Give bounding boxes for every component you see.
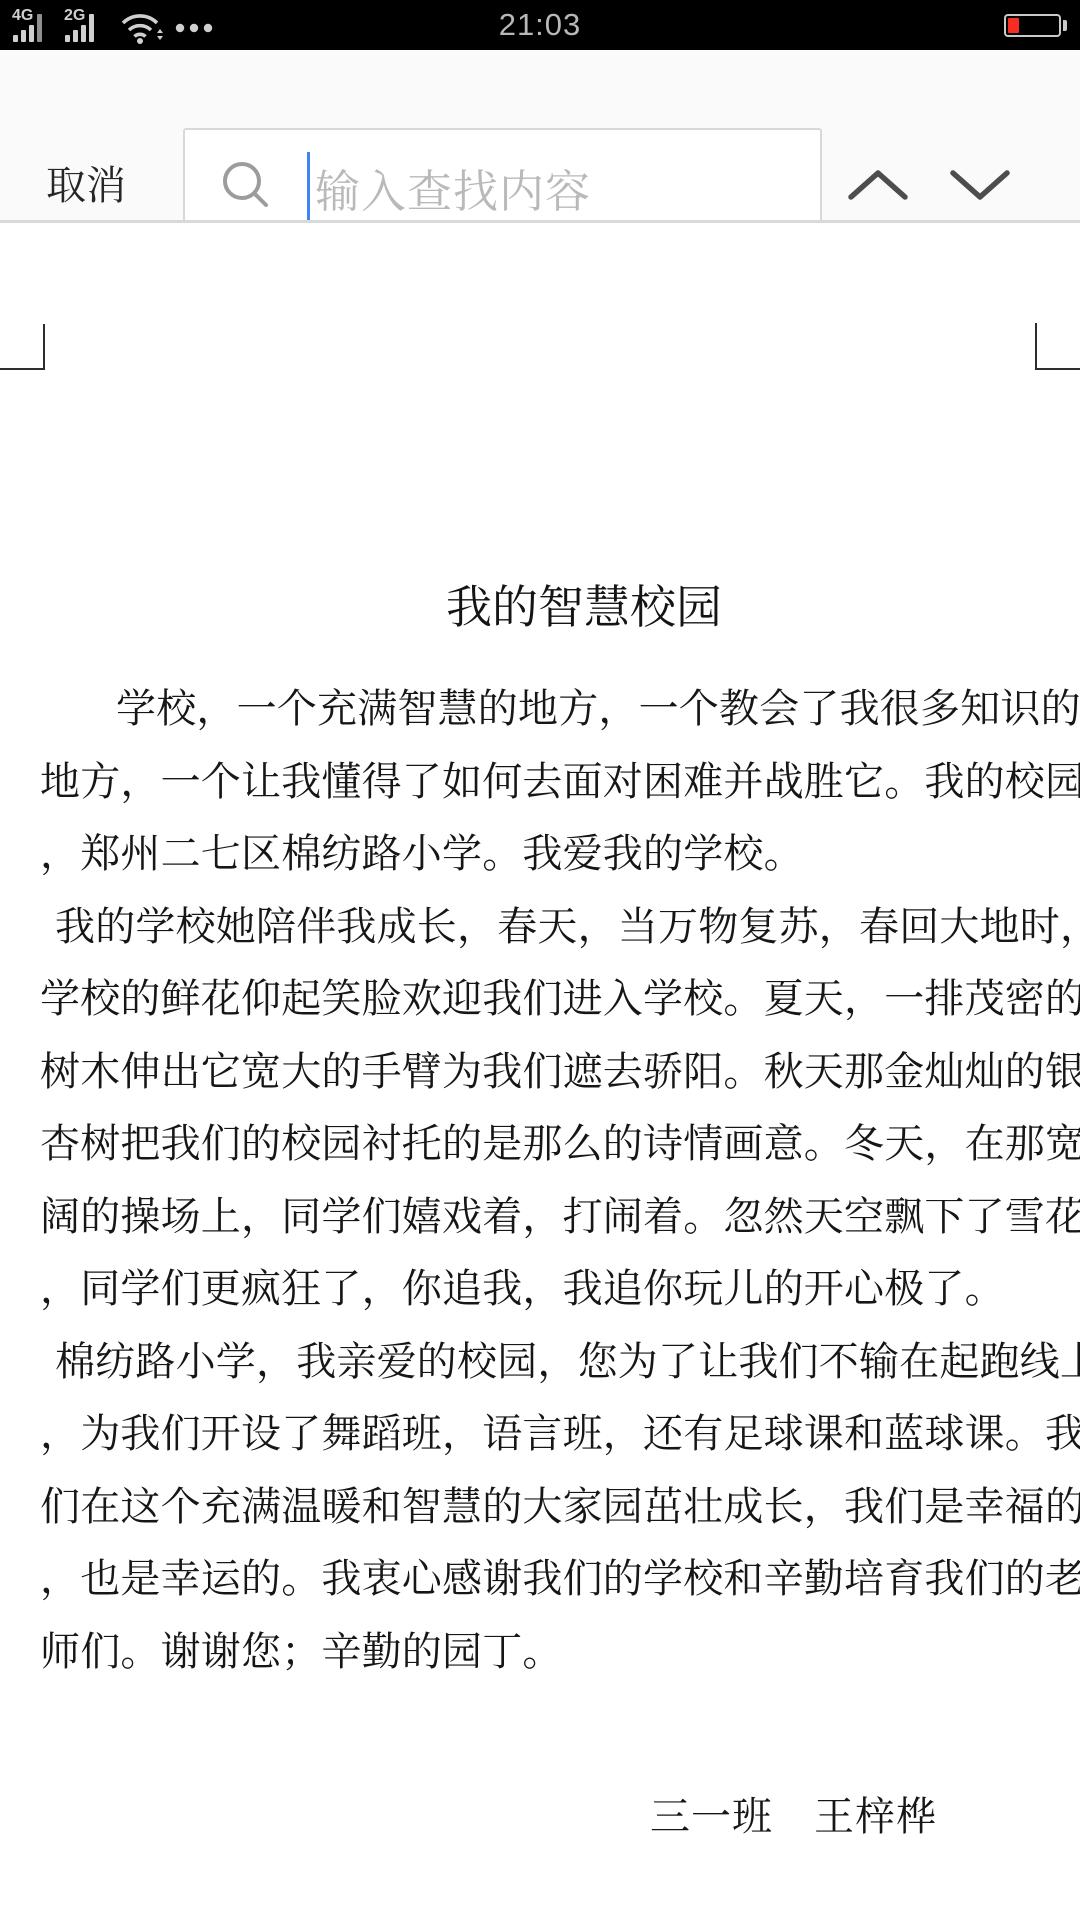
- essay-line: 师们。谢谢您；辛勤的园丁。: [40, 1616, 1050, 1689]
- page-corner-right: [1035, 323, 1037, 370]
- essay-line: 学校，一个充满智慧的地方，一个教会了我很多知识的: [40, 673, 1050, 746]
- find-previous-button[interactable]: [846, 166, 910, 209]
- essay-line: 阔的操场上，同学们嬉戏着，打闹着。忽然天空飘下了雪花: [40, 1181, 1050, 1254]
- page-corner-left: [0, 368, 45, 370]
- status-bar: 4G 2G: [0, 0, 1080, 50]
- find-next-button[interactable]: [948, 166, 1012, 209]
- cancel-button[interactable]: 取消: [46, 164, 126, 208]
- screen: 4G 2G: [0, 0, 1080, 1920]
- essay-line: 树木伸出它宽大的手臂为我们遮去骄阳。秋天那金灿灿的银: [40, 1036, 1050, 1109]
- essay-line: 们在这个充满温暖和智慧的大家园茁壮成长，我们是幸福的: [40, 1471, 1050, 1544]
- battery-level: [1008, 18, 1019, 33]
- essay-line: 地方，一个让我懂得了如何去面对困难并战胜它。我的校园: [40, 746, 1050, 819]
- find-toolbar: 取消 输入查找内容: [0, 50, 1080, 222]
- battery-icon: [1004, 14, 1061, 37]
- essay-line: ，为我们开设了舞蹈班，语言班，还有足球课和蓝球课。我: [40, 1398, 1050, 1471]
- search-icon: [219, 158, 273, 217]
- essay-title: 我的智慧校园: [0, 584, 1080, 630]
- essay-line: 学校的鲜花仰起笑脸欢迎我们进入学校。夏天，一排茂密的: [40, 963, 1050, 1036]
- search-placeholder: 输入查找内容: [315, 155, 591, 220]
- essay-line: ，同学们更疯狂了，你追我，我追你玩儿的开心极了。: [40, 1253, 1050, 1326]
- text-cursor: [307, 152, 310, 222]
- essay-line: ，也是幸运的。我衷心感谢我们的学校和辛勤培育我们的老: [40, 1543, 1050, 1616]
- page-corner-left: [43, 324, 45, 370]
- battery-cap: [1063, 20, 1067, 31]
- essay-body: 学校，一个充满智慧的地方，一个教会了我很多知识的 地方，一个让我懂得了如何去面对…: [40, 673, 1050, 1688]
- essay-line: 棉纺路小学，我亲爱的校园，您为了让我们不输在起跑线上: [40, 1326, 1050, 1399]
- essay-line: 我的学校她陪伴我成长，春天，当万物复苏，春回大地时，: [40, 891, 1050, 964]
- essay-line: 杏树把我们的校园衬托的是那么的诗情画意。冬天，在那宽: [40, 1108, 1050, 1181]
- page-corner-right: [1035, 368, 1080, 370]
- essay-line: ，郑州二七区棉纺路小学。我爱我的学校。: [40, 818, 1050, 891]
- document-page: 我的智慧校园 学校，一个充满智慧的地方，一个教会了我很多知识的 地方，一个让我懂…: [0, 223, 1080, 1920]
- clock: 21:03: [0, 0, 1080, 50]
- essay-signature: 三一班 王梓桦: [0, 1785, 1080, 1842]
